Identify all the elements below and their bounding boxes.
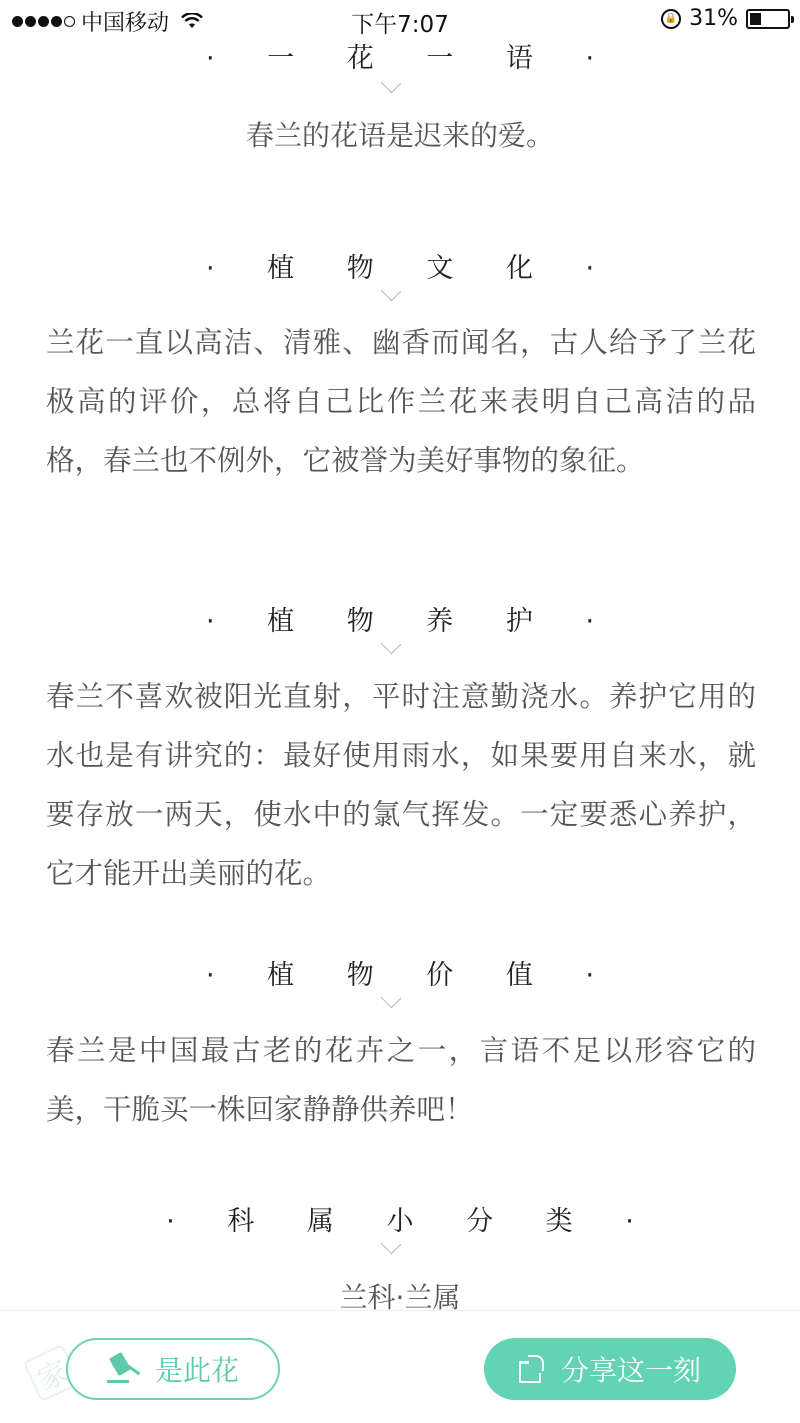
confirm-button-label: 是此花: [155, 1349, 239, 1389]
section-title-plant-value: · 植 物 价 值 ·: [0, 953, 800, 992]
section-title-plant-care: · 植 物 养 护 ·: [0, 599, 800, 638]
rotation-lock-icon: 🔒: [661, 9, 681, 29]
section-title-flower-language: · 一 花 一 语 ·: [0, 36, 800, 75]
section-title-taxonomy: · 科 属 小 分 类 ·: [0, 1199, 800, 1238]
flower-language-text: 春兰的花语是迟来的爱。: [0, 114, 800, 154]
share-icon: [519, 1355, 549, 1383]
plant-value-text: 春兰是中国最古老的花卉之一，言语不足以形容它的美，干脆买一株回家静静供养吧！: [46, 1021, 756, 1139]
plant-care-text: 春兰不喜欢被阳光直射，平时注意勤浇水。养护它用的水也是有讲究的：最好使用雨水，如…: [46, 667, 756, 903]
share-button[interactable]: 分享这一刻: [484, 1338, 736, 1400]
gavel-icon: [107, 1354, 143, 1384]
chevron-down-icon: [381, 73, 402, 94]
confirm-this-flower-button[interactable]: 是此花: [66, 1338, 280, 1400]
plant-culture-text: 兰花一直以高洁、清雅、幽香而闻名，古人给予了兰花极高的评价，总将自己比作兰花来表…: [46, 313, 756, 490]
action-footer: 家 是此花 分享这一刻: [0, 1310, 800, 1423]
section-title-plant-culture: · 植 物 文 化 ·: [0, 246, 800, 285]
share-button-label: 分享这一刻: [561, 1349, 701, 1389]
battery-icon: [746, 9, 790, 29]
status-bar: 中国移动 下午7:07 🔒 31%: [0, 0, 800, 40]
battery-percent: 31%: [689, 6, 738, 31]
